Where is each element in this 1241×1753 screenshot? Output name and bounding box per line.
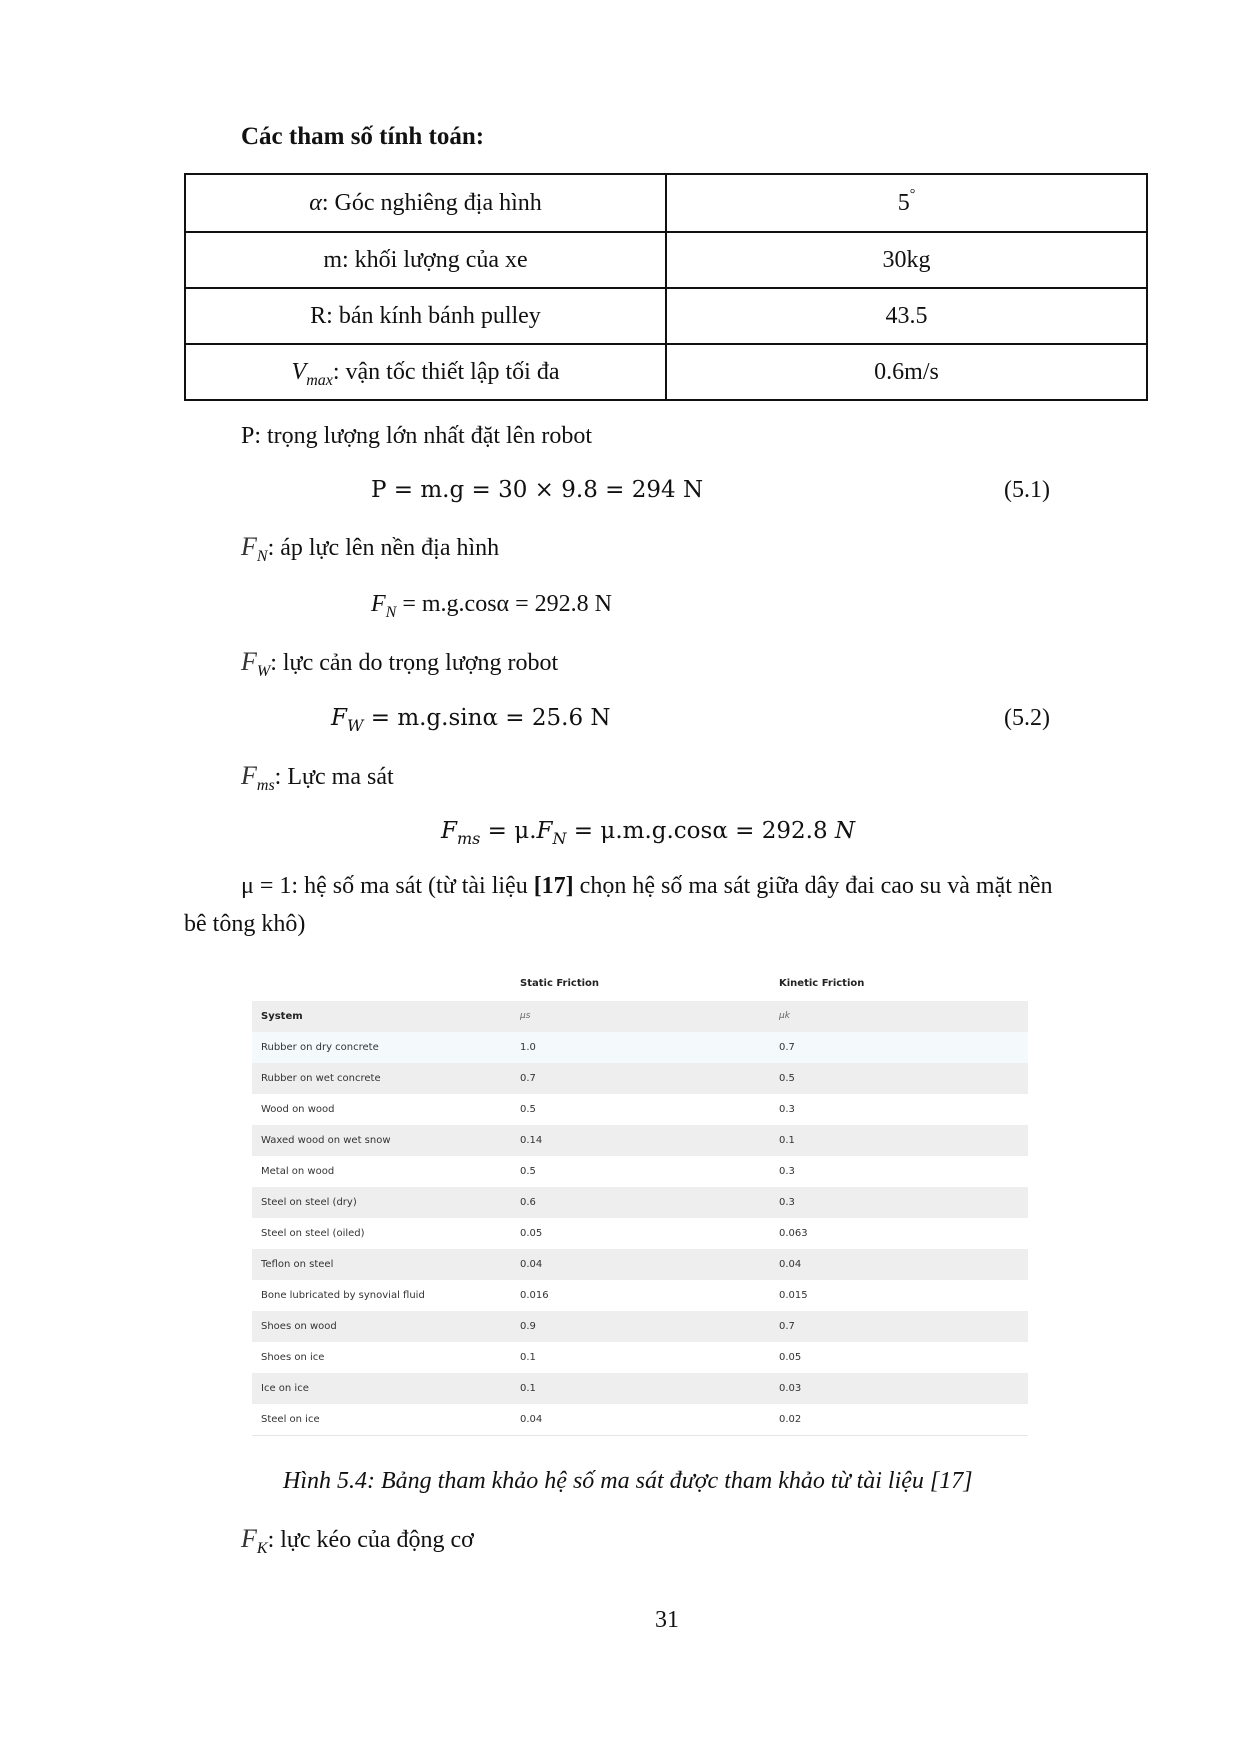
kinetic-friction-cell: 0.03 [779,1383,801,1394]
table-row: Teflon on steel0.040.04 [252,1249,1028,1280]
kinetic-friction-cell: 0.7 [779,1042,795,1053]
static-friction-cell: 0.04 [520,1414,542,1425]
param-row: Vmax: vận tốc thiết lập tối đa 0.6m/s [185,344,1147,400]
figure-caption: Hình 5.4: Bảng tham khảo hệ số ma sát đư… [283,1466,973,1496]
system-cell: Wood on wood [261,1104,334,1115]
table-subheader: System μs μk [252,1001,1028,1032]
kinetic-friction-cell: 0.3 [779,1197,795,1208]
table-row: Metal on wood0.50.3 [252,1156,1028,1187]
table-row: Shoes on ice0.10.05 [252,1342,1028,1373]
table-row: Waxed wood on wet snow0.140.1 [252,1125,1028,1156]
static-friction-cell: 0.7 [520,1073,536,1084]
system-cell: Rubber on dry concrete [261,1042,379,1053]
kinetic-friction-cell: 0.7 [779,1321,795,1332]
system-cell: Shoes on wood [261,1321,337,1332]
table-body: Rubber on dry concrete1.00.7Rubber on we… [252,1032,1028,1436]
mu-description-line-2: bê tông khô) [184,909,305,939]
static-friction-cell: 0.05 [520,1228,542,1239]
mu-description-line-1: μ = 1: hệ số ma sát (từ tài liệu [17] ch… [241,871,1053,901]
fk-definition: FK: lực kéo của động cơ [241,1524,474,1555]
param-label: α: Góc nghiêng địa hình [185,174,666,232]
system-cell: Ice on ice [261,1383,309,1394]
kinetic-friction-cell: 0.02 [779,1414,801,1425]
param-value: 5° [666,174,1147,232]
system-cell: Steel on ice [261,1414,320,1425]
table-row: Rubber on dry concrete1.00.7 [252,1032,1028,1063]
fn-equation: FN = m.g.cosα = 292.8 N [371,589,612,619]
param-value: 43.5 [666,288,1147,344]
param-label: m: khối lượng của xe [185,232,666,288]
system-cell: Waxed wood on wet snow [261,1135,391,1146]
param-label: Vmax: vận tốc thiết lập tối đa [185,344,666,400]
friction-coefficient-table: Static Friction Kinetic Friction System … [252,967,1028,1436]
param-value: 30kg [666,232,1147,288]
table-row: Wood on wood0.50.3 [252,1094,1028,1125]
static-friction-cell: 0.1 [520,1383,536,1394]
static-friction-cell: 0.04 [520,1259,542,1270]
system-cell: Bone lubricated by synovial fluid [261,1290,425,1301]
table-row: Rubber on wet concrete0.70.5 [252,1063,1028,1094]
kinetic-friction-cell: 0.5 [779,1073,795,1084]
parameter-table: α: Góc nghiêng địa hình 5° m: khối lượng… [184,173,1148,401]
static-friction-cell: 0.9 [520,1321,536,1332]
table-group-header: Static Friction Kinetic Friction [252,967,1028,1001]
param-label: R: bán kính bánh pulley [185,288,666,344]
fn-definition: FN: áp lực lên nền địa hình [241,532,499,563]
static-friction-cell: 0.14 [520,1135,542,1146]
page-number: 31 [655,1605,679,1635]
kinetic-friction-cell: 0.063 [779,1228,808,1239]
section-heading: Các tham số tính toán: [241,122,484,152]
table-row: Bone lubricated by synovial fluid0.0160.… [252,1280,1028,1311]
kinetic-friction-cell: 0.3 [779,1166,795,1177]
param-row: R: bán kính bánh pulley 43.5 [185,288,1147,344]
equation-5-1: P = m.g = 30 × 9.8 = 294 N [371,475,703,505]
fms-definition: Fms: Lực ma sát [241,761,394,792]
fms-equation: Fms = μ.FN = μ.m.g.cosα = 292.8 N [441,816,855,846]
param-row: α: Góc nghiêng địa hình 5° [185,174,1147,232]
equation-number-5-1: (5.1) [1004,475,1050,505]
table-row: Steel on steel (dry)0.60.3 [252,1187,1028,1218]
static-friction-cell: 0.5 [520,1104,536,1115]
kinetic-friction-cell: 0.1 [779,1135,795,1146]
system-cell: Steel on steel (dry) [261,1197,357,1208]
kinetic-friction-cell: 0.05 [779,1352,801,1363]
system-cell: Rubber on wet concrete [261,1073,381,1084]
param-value: 0.6m/s [666,344,1147,400]
static-friction-cell: 0.5 [520,1166,536,1177]
table-row: Steel on steel (oiled)0.050.063 [252,1218,1028,1249]
system-cell: Shoes on ice [261,1352,324,1363]
table-row: Shoes on wood0.90.7 [252,1311,1028,1342]
kinetic-friction-cell: 0.04 [779,1259,801,1270]
p-definition: P: trọng lượng lớn nhất đặt lên robot [241,421,592,451]
system-cell: Metal on wood [261,1166,334,1177]
kinetic-friction-cell: 0.015 [779,1290,808,1301]
static-friction-cell: 0.1 [520,1352,536,1363]
kinetic-friction-cell: 0.3 [779,1104,795,1115]
equation-number-5-2: (5.2) [1004,703,1050,733]
system-cell: Teflon on steel [261,1259,333,1270]
static-friction-cell: 0.6 [520,1197,536,1208]
table-row: Steel on ice0.040.02 [252,1404,1028,1436]
fw-definition: FW: lực cản do trọng lượng robot [241,647,558,678]
static-friction-cell: 0.016 [520,1290,549,1301]
equation-5-2: FW = m.g.sinα = 25.6 N [331,703,611,733]
static-friction-cell: 1.0 [520,1042,536,1053]
system-cell: Steel on steel (oiled) [261,1228,365,1239]
reference-17: [17] [534,873,574,899]
table-row: Ice on ice0.10.03 [252,1373,1028,1404]
param-row: m: khối lượng của xe 30kg [185,232,1147,288]
